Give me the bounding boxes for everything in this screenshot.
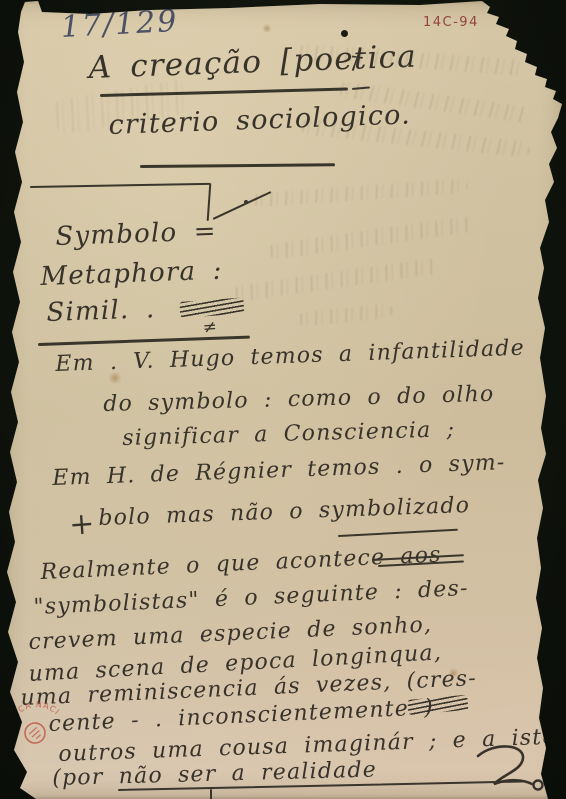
section-divider bbox=[38, 336, 250, 346]
list-item-metaphora: Metaphora : bbox=[40, 256, 223, 292]
list-item-symbolo: Symbolo = bbox=[55, 216, 217, 252]
bracket-line-horizontal bbox=[30, 183, 210, 188]
shelfmark: 14C-94 bbox=[423, 15, 479, 30]
pin-hole bbox=[341, 30, 348, 37]
bracket-line-vertical bbox=[207, 183, 212, 221]
paragraph-line: bolo mas não o symbolizado bbox=[98, 493, 470, 531]
paragraph-line: Em H. de Régnier temos . o sym- bbox=[52, 450, 506, 491]
closing-flourish bbox=[468, 740, 552, 796]
ink-bleed-ghost bbox=[268, 216, 473, 260]
catalog-number: 17/129 bbox=[60, 4, 179, 45]
inequality-mark: ≠ bbox=[202, 317, 219, 338]
ink-dot bbox=[244, 200, 248, 204]
paragraph-line: do symbolo : como o do olho bbox=[103, 382, 495, 417]
paragraph-line: significar a Consciencia ; bbox=[122, 417, 456, 451]
symbolizado-underline bbox=[338, 529, 458, 537]
stain-spot bbox=[262, 24, 272, 33]
insertion-caret: + bbox=[68, 506, 97, 543]
subtitle-rule bbox=[140, 163, 335, 168]
struck-out-word bbox=[179, 298, 244, 318]
paragraph-line: Realmente o que acontece aos bbox=[40, 542, 442, 584]
list-item-simil: Simil. . bbox=[46, 294, 156, 328]
ink-bleed-ghost bbox=[298, 303, 394, 327]
underline-tick bbox=[210, 789, 212, 799]
page-title: A creação [poetica bbox=[88, 39, 417, 86]
manuscript-scan: 17/129 14C-94 A creação [poetica † crite… bbox=[0, 0, 566, 799]
manuscript-paper: 17/129 14C-94 A creação [poetica † crite… bbox=[0, 0, 566, 799]
ink-bleed-ghost bbox=[233, 258, 438, 302]
ink-bleed-ghost bbox=[253, 179, 468, 208]
